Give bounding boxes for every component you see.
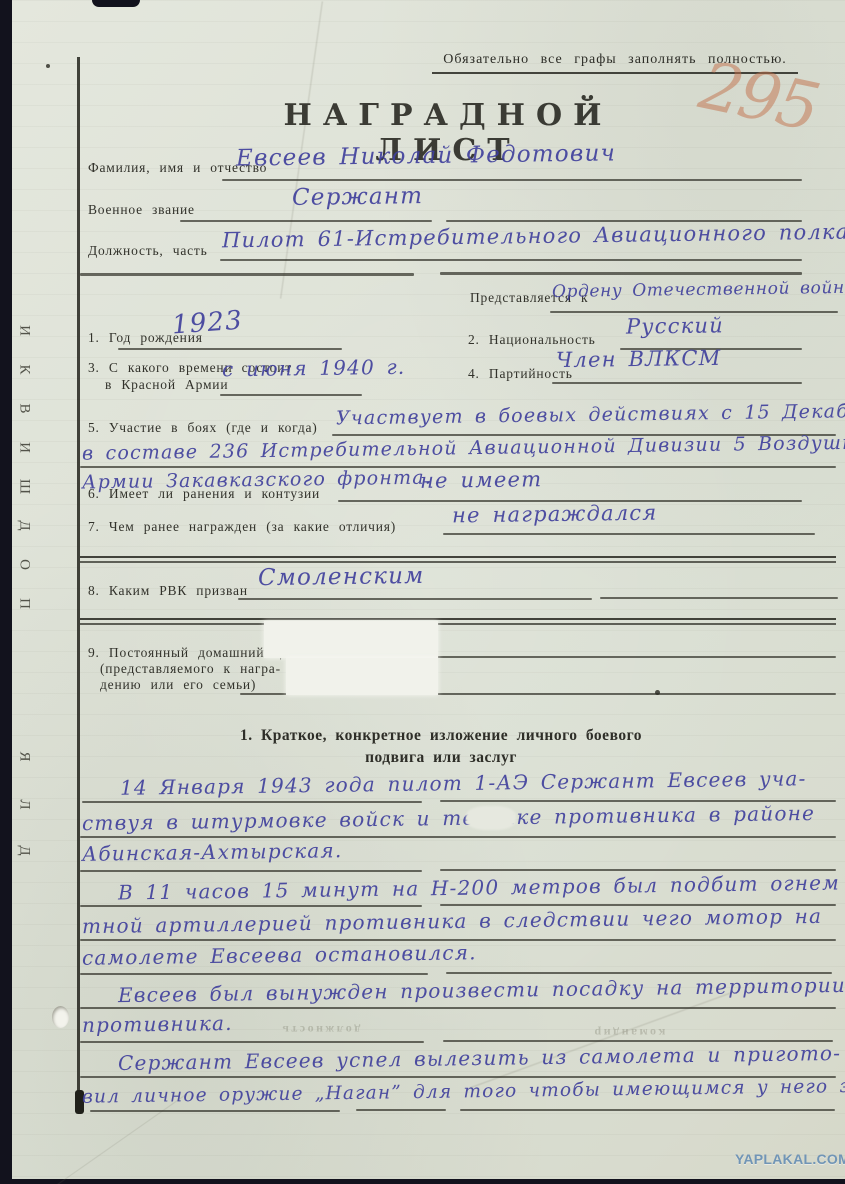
margin-letter: О — [16, 554, 33, 576]
field-nationality-value: Русский — [626, 313, 724, 338]
bleedthrough-text: командир — [592, 1025, 665, 1040]
field-underline — [220, 259, 802, 261]
field-party-value: Член ВЛКСМ — [556, 346, 722, 372]
field-underline — [220, 394, 362, 396]
margin-letter: Л — [16, 794, 33, 816]
field-rank-label: Военное звание — [88, 202, 195, 218]
margin-letter: Я — [16, 746, 33, 768]
field-birth-year-value: 1923 — [171, 306, 244, 341]
margin-letter: Д — [16, 840, 33, 862]
field-combat-label: 5. Участие в боях (где и когда) — [88, 420, 318, 436]
field-underline — [443, 533, 815, 535]
field-name-value: Евсеев Николай Федотович — [236, 140, 616, 171]
paper-hole — [52, 1006, 69, 1028]
section1-heading-line1: 1. Краткое, конкретное изложение личного… — [80, 727, 802, 745]
margin-letter: П — [16, 593, 33, 615]
field-address-label-2: (представляемого к награ- — [100, 661, 281, 677]
narrative-rule — [80, 870, 422, 872]
field-prior-awards-label: 7. Чем ранее награжден (за какие отличия… — [88, 519, 396, 535]
field-service-since-value: с июня 1940 г. — [222, 355, 406, 382]
field-nationality-label: 2. Национальность — [468, 332, 596, 348]
margin-letter: Д — [16, 515, 33, 537]
bleedthrough-text: должность — [280, 1022, 360, 1037]
narrative-rule — [90, 1110, 340, 1112]
field-underline — [550, 311, 838, 313]
margin-letter: В — [16, 398, 33, 420]
narrative-rule — [80, 905, 422, 907]
field-prior-awards-value: не награждался — [452, 501, 658, 528]
margin-letter: И — [16, 320, 33, 342]
field-rvk-label: 8. Каким РВК призван — [88, 583, 248, 599]
narrative-rule — [82, 801, 422, 803]
field-rank-value: Сержант — [292, 183, 424, 211]
field-underline — [222, 179, 802, 181]
narrative-rule — [460, 1109, 835, 1111]
margin-letter: К — [16, 359, 33, 381]
field-underline — [552, 382, 802, 384]
field-underline — [180, 220, 432, 222]
ink-speck — [655, 690, 660, 695]
field-underline — [238, 598, 592, 600]
margin-letter: И — [16, 437, 33, 459]
redaction-box — [286, 658, 438, 695]
field-wounds-value: не имеет — [420, 467, 543, 493]
field-underline — [600, 597, 838, 599]
narrative-line: противника. — [82, 1011, 233, 1037]
field-rvk-value: Смоленским — [258, 563, 425, 591]
margin-letter: Ш — [16, 476, 33, 498]
site-watermark: YAPLAKAL.COM — [735, 1151, 845, 1167]
erasure-patch — [466, 806, 516, 830]
narrative-rule — [80, 836, 836, 838]
separator-rule — [440, 272, 802, 275]
paper-edge-tear — [92, 0, 140, 7]
scanned-award-document: И К В И Ш Д О П Я Л Д Обязательно все гр… — [0, 0, 845, 1184]
narrative-line: Абинская-Ахтырская. — [82, 838, 343, 866]
redaction-box — [264, 621, 438, 658]
field-position-label: Должность, часть — [88, 243, 208, 259]
field-underline — [118, 348, 342, 350]
field-address-label-3: дению или его семьи) — [100, 677, 256, 693]
separator-rule — [80, 273, 414, 276]
narrative-rule — [80, 1007, 836, 1009]
narrative-rule — [80, 973, 428, 975]
form-left-border-line — [77, 57, 80, 1097]
section-rule — [80, 618, 836, 625]
narrative-rule — [356, 1109, 446, 1111]
section1-heading-line2: подвига или заслуг — [80, 749, 802, 767]
field-service-since-label-2: в Красной Армии — [105, 377, 228, 393]
ink-speck — [46, 64, 50, 68]
section-rule — [80, 556, 836, 563]
narrative-rule — [80, 1041, 424, 1043]
